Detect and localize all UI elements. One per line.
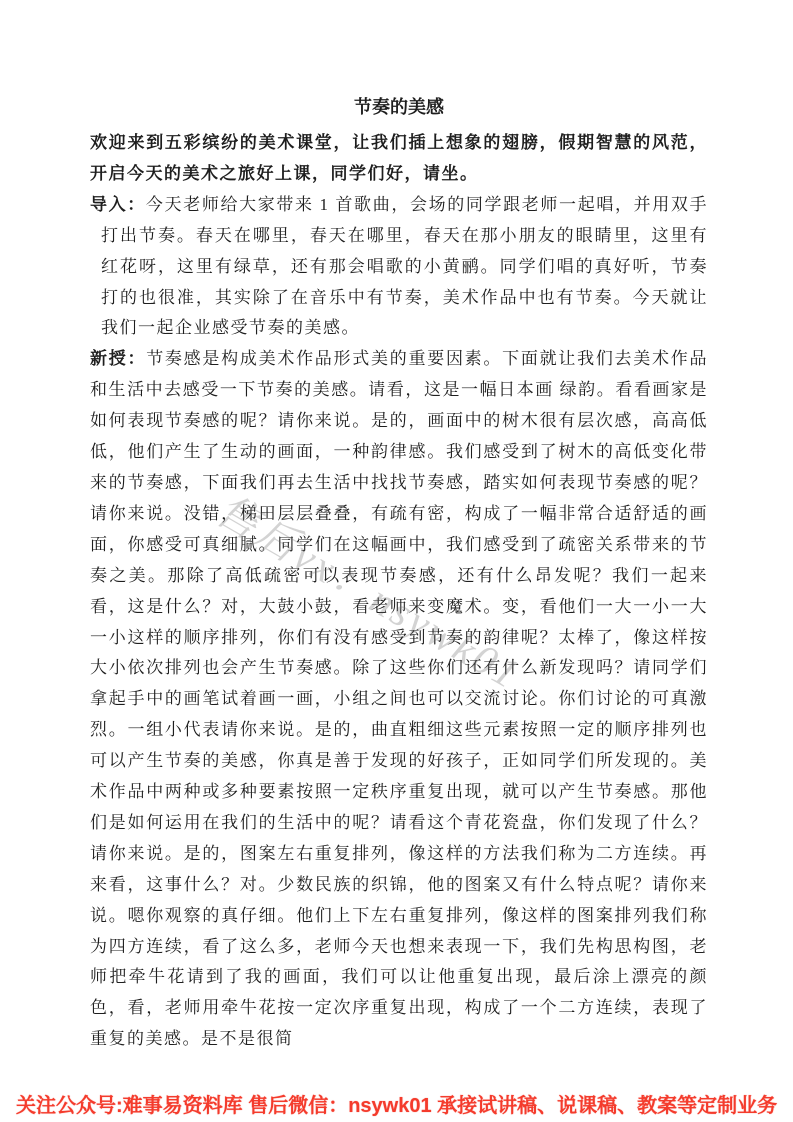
document-page: 节奏的美感 欢迎来到五彩缤纷的美术课堂，让我们插上想象的翅膀，假期智慧的风范，开… <box>0 0 793 1122</box>
lead-in-text: 今天老师给大家带来 1 首歌曲，会场的同学跟老师一起唱，并用双手打出节奏。春天在… <box>101 195 708 338</box>
document-body: 节奏的美感 欢迎来到五彩缤纷的美术课堂，让我们插上想象的翅膀，假期智慧的风范，开… <box>90 94 708 1055</box>
greeting-paragraph: 欢迎来到五彩缤纷的美术课堂，让我们插上想象的翅膀，假期智慧的风范，开启今天的美术… <box>90 128 708 190</box>
page-title: 节奏的美感 <box>90 94 708 120</box>
new-lesson-text: 节奏感是构成美术作品形式美的重要因素。下面就让我们去美术作品和生活中去感受一下节… <box>90 349 708 1048</box>
lead-in-label: 导入： <box>90 195 146 214</box>
new-lesson-paragraph: 新授：节奏感是构成美术作品形式美的重要因素。下面就让我们去美术作品和生活中去感受… <box>90 344 708 1055</box>
lead-in-paragraph: 导入：今天老师给大家带来 1 首歌曲，会场的同学跟老师一起唱，并用双手打出节奏。… <box>90 190 708 345</box>
new-lesson-label: 新授： <box>90 349 146 368</box>
footer-banner: 关注公众号:难事易资料库 售后微信：nsywk01 承接试讲稿、说课稿、教案等定… <box>0 1092 793 1122</box>
